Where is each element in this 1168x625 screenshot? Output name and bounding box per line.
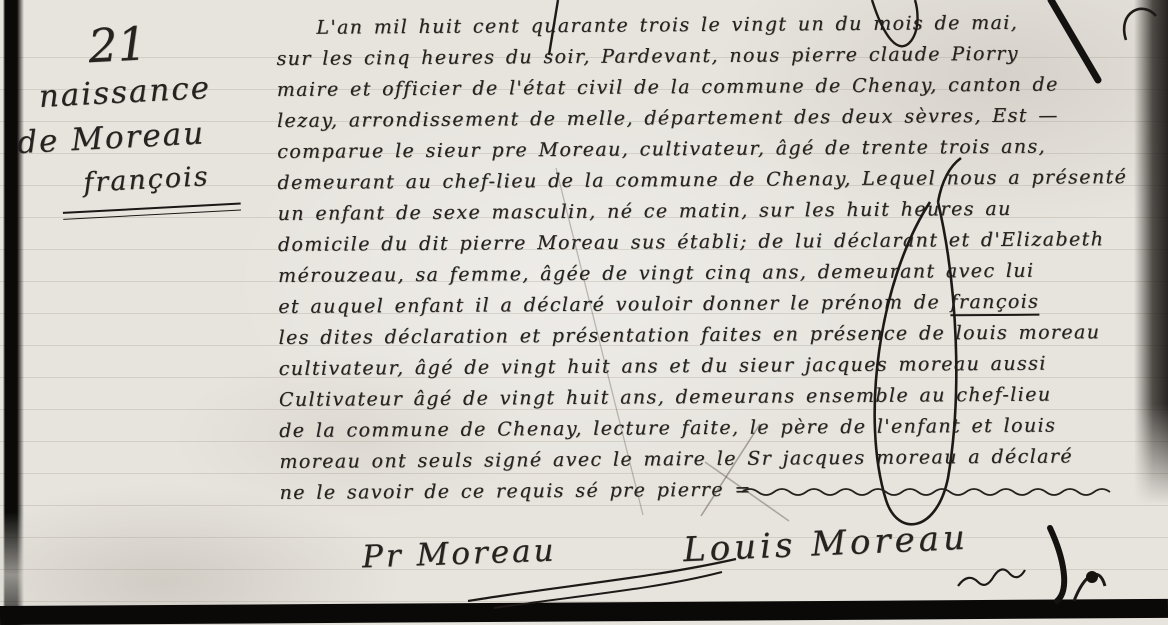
ink-hook-mark — [1074, 574, 1105, 601]
bottom-scan-border — [0, 599, 1168, 625]
right-page-edge-shadow — [1134, 0, 1168, 505]
margin-double-underline — [63, 203, 241, 220]
scanned-birth-record-page: 21 naissance de Moreau françois L'an mil… — [0, 0, 1168, 625]
signature-louis-moreau: Louis Moreau — [682, 518, 969, 570]
small-signature-squiggle — [958, 569, 1025, 586]
act-body-text: L'an mil huit cent quarante trois le vin… — [276, 7, 1135, 509]
signature-pierre-moreau: Pr Moreau — [361, 533, 557, 576]
underlined-given-name: françois — [950, 291, 1039, 317]
body-line-prefix: et auquel enfant il a déclaré vouloir do… — [278, 291, 940, 318]
ink-stroke-mark — [1050, 528, 1064, 601]
ink-blot — [1086, 571, 1098, 583]
body-line: moreau ont seuls signé avec le maire le … — [279, 441, 1135, 478]
margin-annotation: 21 naissance de Moreau françois — [9, 12, 259, 222]
body-line: ne le savoir de ce requis sé pre pierre … — [280, 472, 1136, 509]
